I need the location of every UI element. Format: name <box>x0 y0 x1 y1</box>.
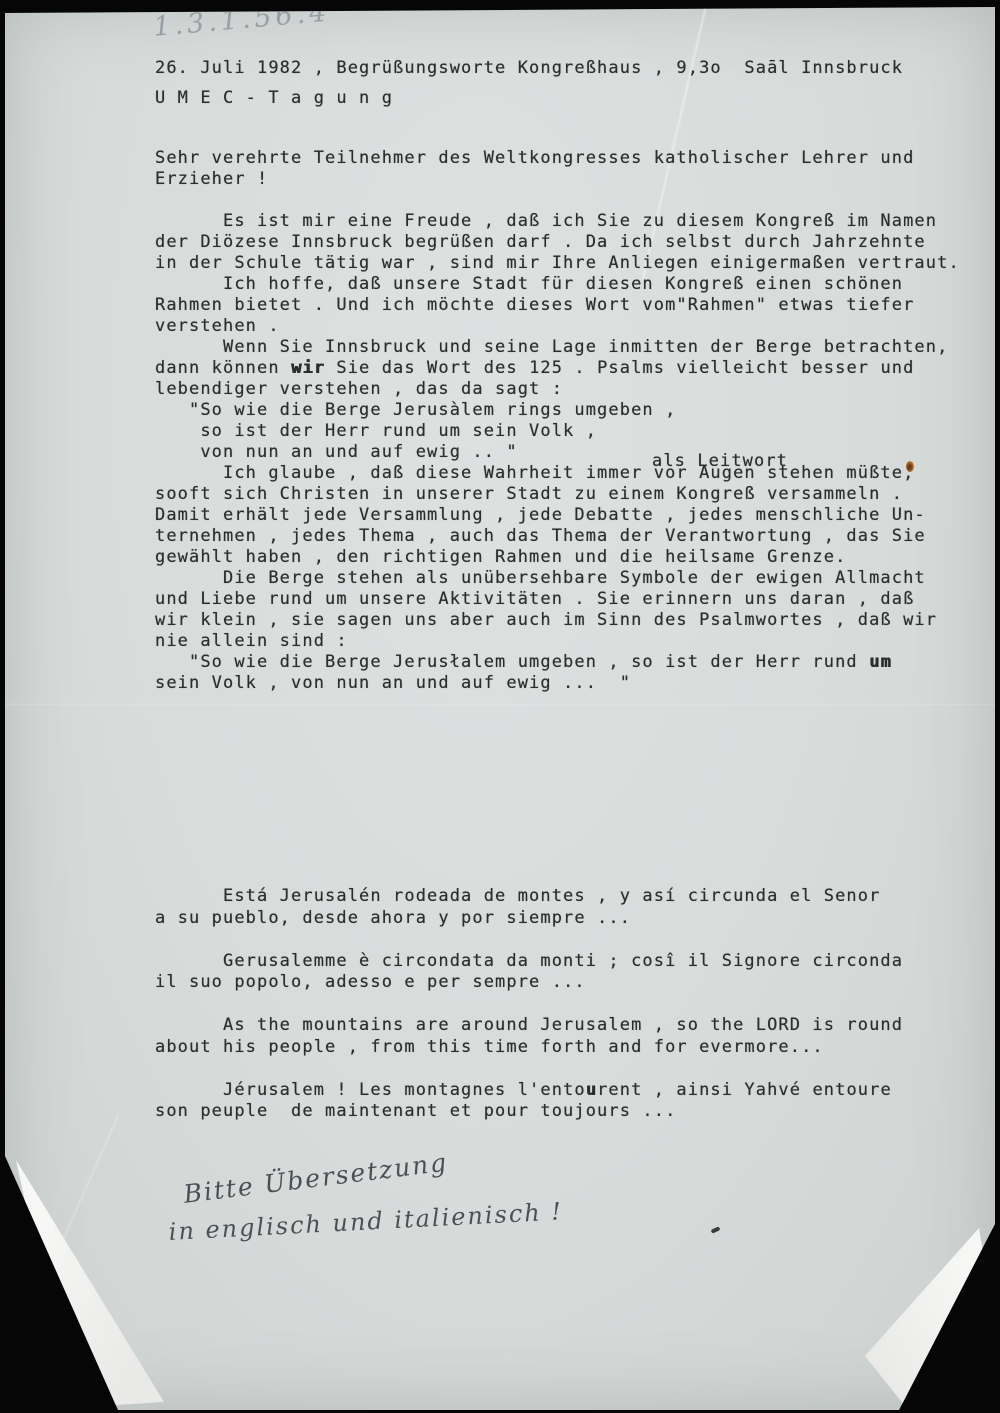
typed-line: Está Jerusalén rodeada de montes , y así… <box>155 886 903 908</box>
typed-line: Wenn Sie Innsbruck und seine Lage inmitt… <box>155 337 960 358</box>
typed-line: und Liebe rund um unsere Aktivitäten . S… <box>155 589 960 610</box>
typed-line: Es ist mir eine Freude , daß ich Sie zu … <box>155 211 960 232</box>
typed-line: Ich glaube , daß diese Wahrheit immer vo… <box>155 463 960 484</box>
paper-sheet: 1.3.1.56.4 26. Juli 1982 , Begrüßungswor… <box>5 4 995 1410</box>
typed-line: sein Volk , von nun an und auf ewig ... … <box>155 673 960 694</box>
typed-line: dann können wir Sie das Wort des 125 . P… <box>155 358 960 379</box>
handwritten-note-line-1: Bitte Übersetzung <box>182 1148 450 1209</box>
overstruck-text: wir <box>291 358 325 378</box>
typed-line <box>155 190 960 211</box>
typed-line: il suo popolo, adesso e per sempre ... <box>155 972 903 994</box>
typed-line <box>155 994 903 1016</box>
typed-line: Sehr verehrte Teilnehmer des Weltkongres… <box>155 148 960 169</box>
archive-number-handwritten: 1.3.1.56.4 <box>152 0 331 43</box>
typed-line: Jérusalem ! Les montagnes l'entourent , … <box>155 1080 903 1102</box>
typed-text: Sie das Wort des 125 . Psalms vielleicht… <box>325 358 914 378</box>
typed-line: Gerusalemme è circondata da monti ; cosî… <box>155 951 903 973</box>
typed-line: ternehmen , jedes Thema , auch das Thema… <box>155 526 960 547</box>
typed-line: der Diözese Innsbruck begrüßen darf . Da… <box>155 232 960 253</box>
typed-text: Jérusalem ! Les montagnes l'ento <box>155 1080 586 1100</box>
overstruck-text: u <box>586 1080 597 1100</box>
typed-text: "So wie die Berge Jerusłalem umgeben , s… <box>155 652 869 672</box>
typed-line: Rahmen bietet . Und ich möchte dieses Wo… <box>155 295 960 316</box>
typed-line: nie allein sind : <box>155 631 960 652</box>
typed-line: von nun an und auf ewig .. " <box>155 442 960 463</box>
typed-text: rent , ainsi Yahvé entoure <box>597 1080 892 1100</box>
typed-line: verstehen . <box>155 316 960 337</box>
typed-text: dann können <box>155 358 291 378</box>
scanned-document: 1.3.1.56.4 26. Juli 1982 , Begrüßungswor… <box>0 0 1000 1413</box>
typed-text: Ich glaube , daß diese Wahrheit immer vo… <box>155 463 914 483</box>
ink-stain <box>906 461 914 472</box>
translations-text: Está Jerusalén rodeada de montes , y así… <box>155 886 903 1123</box>
typed-line: in der Schule tätig war , sind mir Ihre … <box>155 253 960 274</box>
typed-line: Ich hoffe, daß unsere Stadt für diesen K… <box>155 274 960 295</box>
typed-line: Damit erhält jede Versammlung , jede Deb… <box>155 505 960 526</box>
folded-corner-bottom-left <box>13 1158 167 1410</box>
typed-line: son peuple de maintenant et pour toujour… <box>155 1101 903 1123</box>
folded-corner-bottom-right <box>861 1222 995 1410</box>
paper-crease <box>5 704 995 705</box>
handwritten-note-line-2: in englisch und italienisch ! <box>168 1197 564 1246</box>
interlinear-insertion: als Leitwort <box>652 451 788 472</box>
document-header: 26. Juli 1982 , Begrüßungsworte Kongreßh… <box>155 58 903 109</box>
typed-line: sooft sich Christen in unserer Stadt zu … <box>155 484 960 505</box>
paper-speck <box>711 1226 721 1233</box>
typed-line: Erzieher ! <box>155 169 960 190</box>
umec-tagung-line: U M E C - T a g u n g <box>155 88 903 109</box>
typed-line: "So wie die Berge Jerusłalem umgeben , s… <box>155 652 960 673</box>
typed-line <box>155 929 903 951</box>
typed-line <box>155 1058 903 1080</box>
typed-line: As the mountains are around Jerusalem , … <box>155 1015 903 1037</box>
typed-line: wir klein , sie sagen uns aber auch im S… <box>155 610 960 631</box>
typed-line: gewählt haben , den richtigen Rahmen und… <box>155 547 960 568</box>
typed-line: lebendiger verstehen , das da sagt : <box>155 379 960 400</box>
typed-line: about his people , from this time forth … <box>155 1037 903 1059</box>
typed-line: "So wie die Berge Jerusàlem rings umgebe… <box>155 400 960 421</box>
overstruck-text: um <box>869 652 892 672</box>
date-location-line: 26. Juli 1982 , Begrüßungsworte Kongreßh… <box>155 58 903 79</box>
typed-line: so ist der Herr rund um sein Volk , <box>155 421 960 442</box>
typed-line: a su pueblo, desde ahora y por siempre .… <box>155 908 903 930</box>
typed-line: Die Berge stehen als unübersehbare Symbo… <box>155 568 960 589</box>
typed-body-text: Sehr verehrte Teilnehmer des Weltkongres… <box>155 148 960 694</box>
